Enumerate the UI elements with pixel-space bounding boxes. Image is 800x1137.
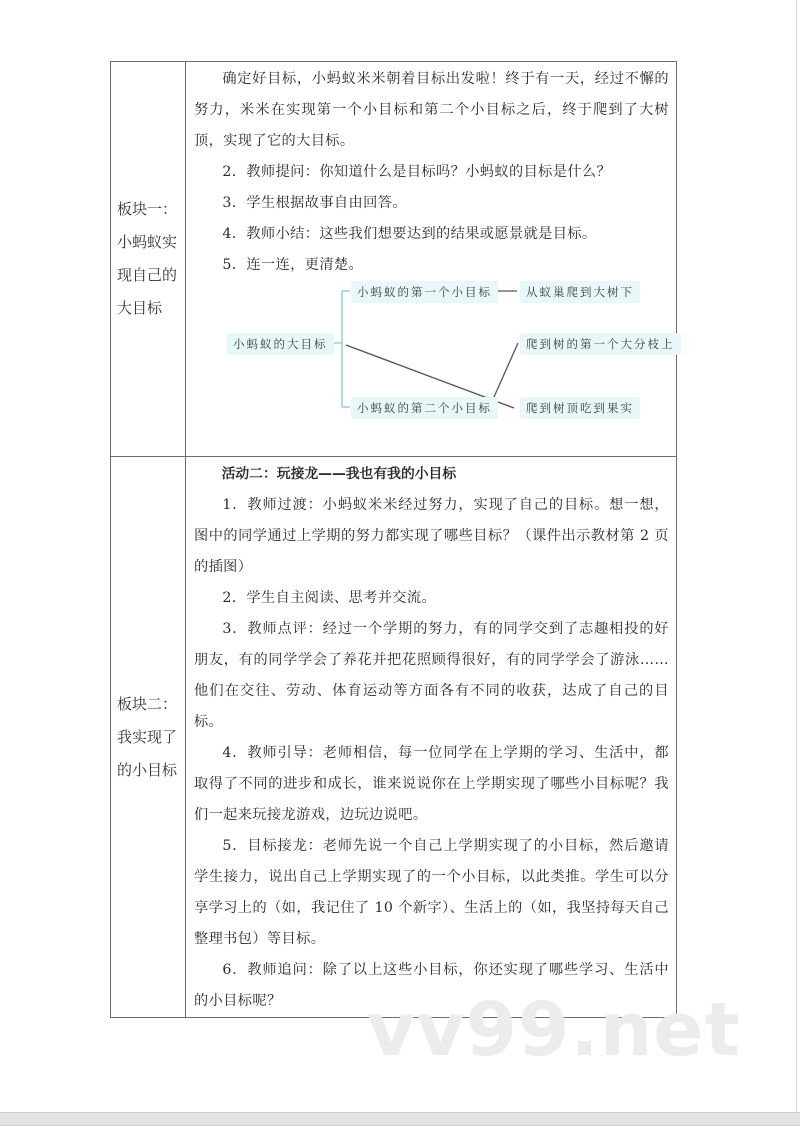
diagram-node-big-goal: 小蚂蚁的大目标 <box>227 333 334 355</box>
paragraph: 3．教师点评：经过一个学期的努力，有的同学交到了志趣相投的好朋友，有的同学学会了… <box>194 614 669 738</box>
section-2-label-line: 的小目标 <box>117 754 185 787</box>
activity-heading: 活动二：玩接龙——我也有我的小目标 <box>194 459 669 490</box>
paragraph: 1．教师过渡：小蚂蚁米米经过努力，实现了自己的目标。想一想，图中的同学通过上学期… <box>194 490 669 583</box>
section-1-label-line: 小蚂蚁实 <box>117 226 185 259</box>
section-2-label: 板块二： 我实现了 的小目标 <box>111 457 186 1018</box>
diagram-node-target-3: 爬到树顶吃到果实 <box>520 397 640 419</box>
section-1-label-line: 板块一： <box>117 193 185 226</box>
table-row-section-1: 板块一： 小蚂蚁实 现自己的 大目标 确定好目标，小蚂蚁米米朝着目标出发啦！终于… <box>111 62 677 457</box>
paragraph: 2．学生自主阅读、思考并交流。 <box>194 583 669 614</box>
section-1-label-line: 大目标 <box>117 292 185 325</box>
watermark: vv99.net <box>367 993 741 1067</box>
paragraph: 5．连一连，更清楚。 <box>194 250 669 281</box>
section-2-content: 活动二：玩接龙——我也有我的小目标 1．教师过渡：小蚂蚁米米经过努力，实现了自己… <box>186 457 677 1018</box>
diagram-node-target-1: 从蚁巢爬到大树下 <box>520 281 640 303</box>
goal-matching-diagram: 小蚂蚁的大目标 小蚂蚁的第一个小目标 小蚂蚁的第二个小目标 从蚁巢爬到大树下 爬… <box>214 281 694 436</box>
diagram-node-target-2: 爬到树的第一个大分枝上 <box>520 333 681 355</box>
paragraph: 4．教师小结：这些我们想要达到的结果或愿景就是目标。 <box>194 219 669 250</box>
paragraph: 2．教师提问：你知道什么是目标吗？小蚂蚁的目标是什么？ <box>194 157 669 188</box>
section-1-label-line: 现自己的 <box>117 259 185 292</box>
section-1-label: 板块一： 小蚂蚁实 现自己的 大目标 <box>111 62 186 457</box>
paragraph: 4．教师引导：老师相信，每一位同学在上学期的学习、生活中，都取得了不同的进步和成… <box>194 738 669 831</box>
diagram-node-first-small-goal: 小蚂蚁的第一个小目标 <box>351 281 498 303</box>
paragraph: 5．目标接龙：老师先说一个自己上学期实现了的小目标，然后邀请学生接力，说出自己上… <box>194 831 669 955</box>
table-row-section-2: 板块二： 我实现了 的小目标 活动二：玩接龙——我也有我的小目标 1．教师过渡：… <box>111 457 677 1018</box>
page-separator <box>0 1112 800 1126</box>
paragraph: 3．学生根据故事自由回答。 <box>194 188 669 219</box>
section-2-label-line: 我实现了 <box>117 721 185 754</box>
section-1-content: 确定好目标，小蚂蚁米米朝着目标出发啦！终于有一天，经过不懈的努力，米米在实现第一… <box>186 62 677 457</box>
lesson-plan-table: 板块一： 小蚂蚁实 现自己的 大目标 确定好目标，小蚂蚁米米朝着目标出发啦！终于… <box>110 61 677 1018</box>
diagram-node-second-small-goal: 小蚂蚁的第二个小目标 <box>351 397 498 419</box>
document-page: 板块一： 小蚂蚁实 现自己的 大目标 确定好目标，小蚂蚁米米朝着目标出发啦！终于… <box>0 0 797 1112</box>
paragraph: 确定好目标，小蚂蚁米米朝着目标出发啦！终于有一天，经过不懈的努力，米米在实现第一… <box>194 64 669 157</box>
section-2-label-line: 板块二： <box>117 688 185 721</box>
